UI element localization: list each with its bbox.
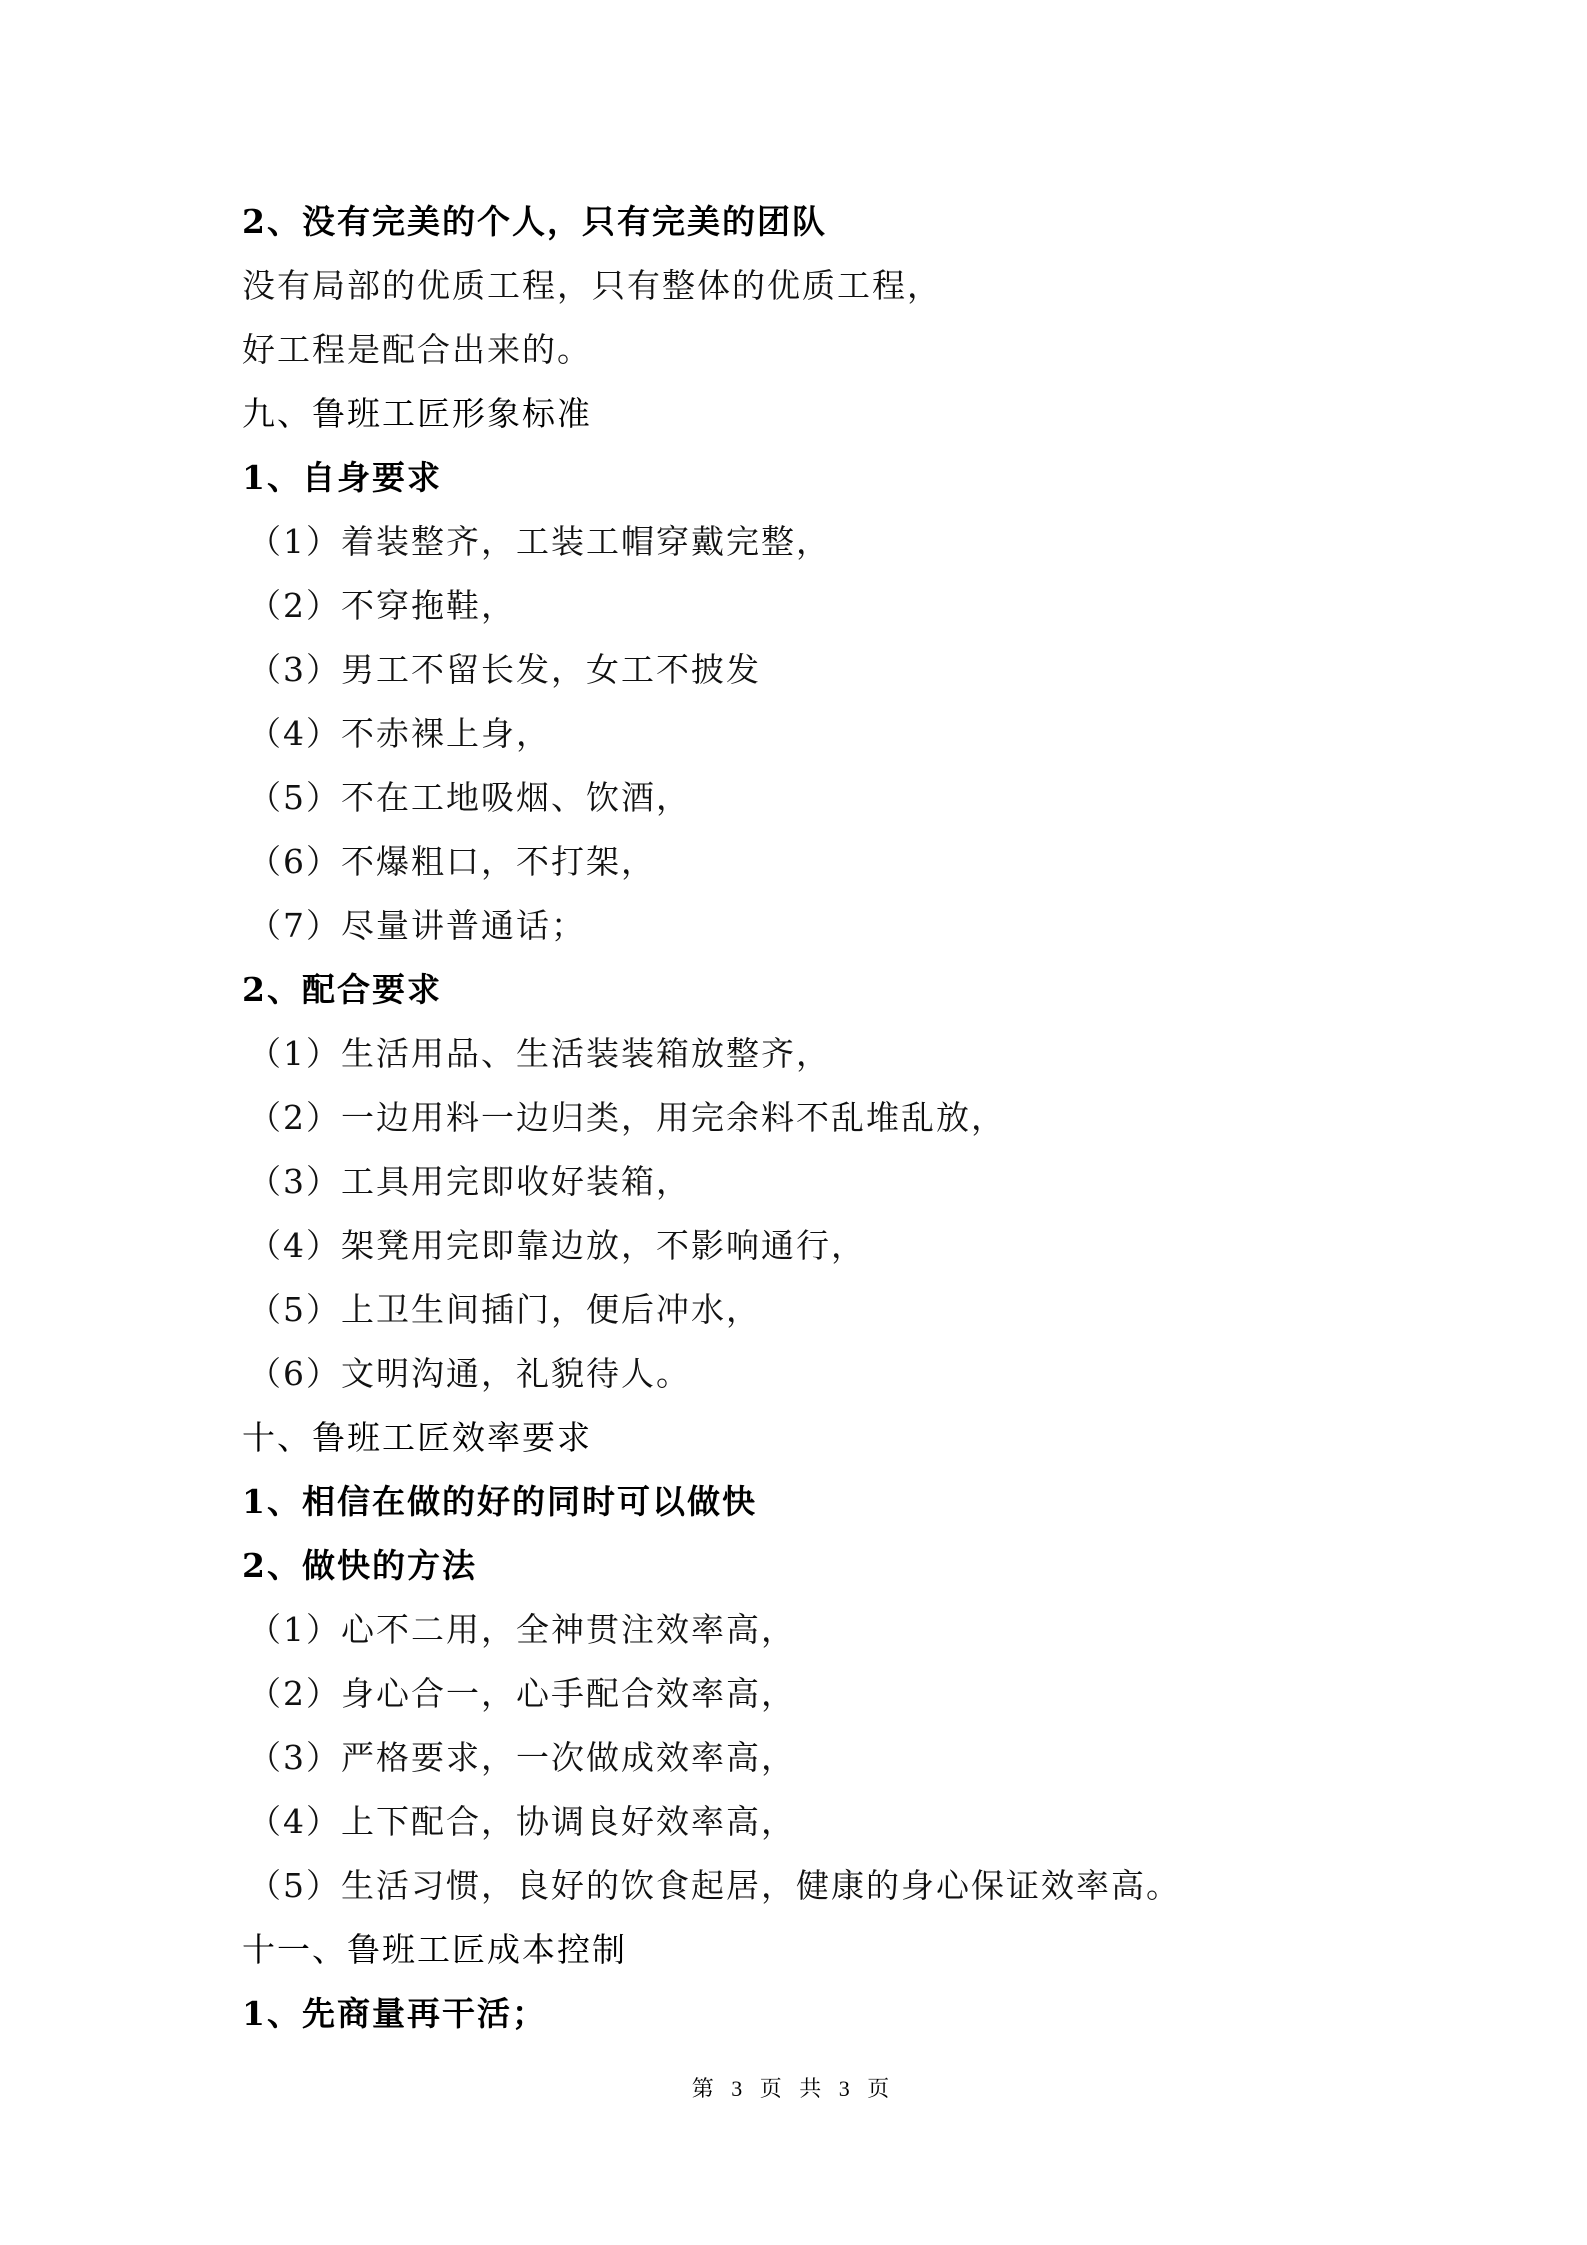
subheading-line: 1、先商量再干活； — [242, 1988, 1362, 2052]
subheading-line: 1、自身要求 — [242, 452, 1362, 516]
list-item: （4）不赤裸上身， — [242, 708, 1362, 772]
paragraph-line: 没有局部的优质工程，只有整体的优质工程， — [242, 260, 1362, 324]
list-item: （2）不穿拖鞋， — [242, 580, 1362, 644]
section-heading: 九、鲁班工匠形象标准 — [242, 388, 1362, 452]
list-item: （7）尽量讲普通话； — [242, 900, 1362, 964]
paragraph-line: 好工程是配合出来的。 — [242, 324, 1362, 388]
list-item: （3）工具用完即收好装箱， — [242, 1156, 1362, 1220]
subheading-line: 1、相信在做的好的同时可以做快 — [242, 1476, 1362, 1540]
list-item: （4）架凳用完即靠边放，不影响通行， — [242, 1220, 1362, 1284]
list-item: （1）着装整齐，工装工帽穿戴完整， — [242, 516, 1362, 580]
list-item: （5）上卫生间插门，便后冲水， — [242, 1284, 1362, 1348]
list-item: （4）上下配合，协调良好效率高， — [242, 1796, 1362, 1860]
list-item: （5）生活习惯，良好的饮食起居，健康的身心保证效率高。 — [242, 1860, 1362, 1924]
list-item: （5）不在工地吸烟、饮酒， — [242, 772, 1362, 836]
subheading-line: 2、没有完美的个人，只有完美的团队 — [242, 196, 1362, 260]
subheading-line: 2、配合要求 — [242, 964, 1362, 1028]
list-item: （6）文明沟通，礼貌待人。 — [242, 1348, 1362, 1412]
subheading-line: 2、做快的方法 — [242, 1540, 1362, 1604]
list-item: （1）生活用品、生活装装箱放整齐， — [242, 1028, 1362, 1092]
list-item: （1）心不二用，全神贯注效率高， — [242, 1604, 1362, 1668]
section-heading: 十、鲁班工匠效率要求 — [242, 1412, 1362, 1476]
document-page: 2、没有完美的个人，只有完美的团队 没有局部的优质工程，只有整体的优质工程， 好… — [0, 0, 1587, 2245]
list-item: （3）男工不留长发，女工不披发 — [242, 644, 1362, 708]
list-item: （2）一边用料一边归类，用完余料不乱堆乱放， — [242, 1092, 1362, 1156]
list-item: （6）不爆粗口，不打架， — [242, 836, 1362, 900]
document-body: 2、没有完美的个人，只有完美的团队 没有局部的优质工程，只有整体的优质工程， 好… — [242, 196, 1362, 2052]
list-item: （3）严格要求，一次做成效率高， — [242, 1732, 1362, 1796]
page-number-footer: 第 3 页 共 3 页 — [0, 2072, 1587, 2103]
list-item: （2）身心合一，心手配合效率高， — [242, 1668, 1362, 1732]
section-heading: 十一、鲁班工匠成本控制 — [242, 1924, 1362, 1988]
